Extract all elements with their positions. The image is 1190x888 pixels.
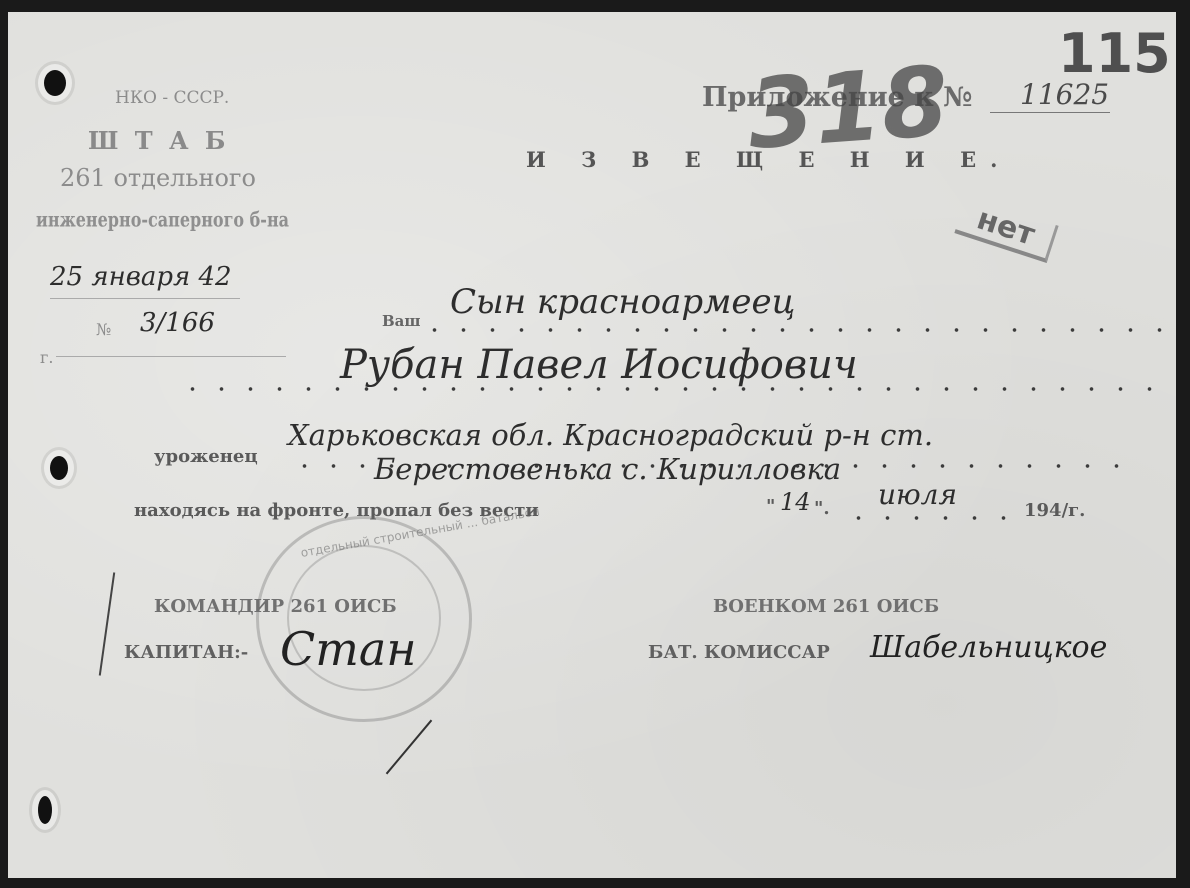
header-org: НКО - СССР. [115,88,229,108]
addressee-label: Ваш [382,312,421,330]
commander-rank: КАПИТАН:- [124,642,248,663]
date-underline [50,298,240,299]
punch-hole-bottom [38,796,52,824]
header-number: 3/166 [140,308,215,338]
header-unit: 261 отдельного [60,164,256,192]
native-line-2: Берестовенька с. Кирилловка [374,452,841,486]
relation-text: Сын красноармеец [450,282,795,322]
commander-signature: Стан [280,622,417,676]
boxed-note: нет [954,196,1059,263]
header-city-label: г. [40,348,53,367]
appendix-underline [990,112,1110,113]
day-open-quote: " [766,496,775,517]
signature-flourish [386,720,433,775]
missing-year: 194/г. [1024,500,1085,521]
header-number-label: № [96,320,111,339]
city-line [56,356,286,357]
document-title: И З В Е Щ Е Н И Е. [526,147,1011,172]
document-page: НКО - СССР. Ш Т А Б 261 отдельного инжен… [8,12,1176,878]
soldier-name: Рубан Павел Иосифович [340,342,858,388]
commissar-rank: БАТ. КОМИССАР [648,642,830,663]
commissar-signature: Шабельницкое [870,630,1107,665]
day-close-quote: ". [814,498,830,519]
missing-day: 14 [780,488,811,516]
native-line-1: Харьковская обл. Красноградский р-н ст. [288,418,933,452]
commissar-title: ВОЕНКОМ 261 ОИСБ [713,596,939,617]
commander-title: КОМАНДИР 261 ОИСБ [154,596,397,617]
dotted-line-4 [844,516,1024,520]
header-date: 25 января 42 [50,262,232,292]
missing-month: июля [878,478,957,511]
header-unit-type: инженерно-саперного б-на [36,207,289,232]
native-label: уроженец [154,446,258,467]
margin-pencil-mark [99,572,115,675]
pencil-number-top-right: 115 [1058,22,1171,85]
header-title: Ш Т А Б [88,126,229,155]
punch-hole-middle [50,456,68,480]
official-seal: отдельный строительный ... батальон [256,516,472,722]
punch-hole-top [44,70,66,96]
dotted-line-1 [420,328,1170,332]
